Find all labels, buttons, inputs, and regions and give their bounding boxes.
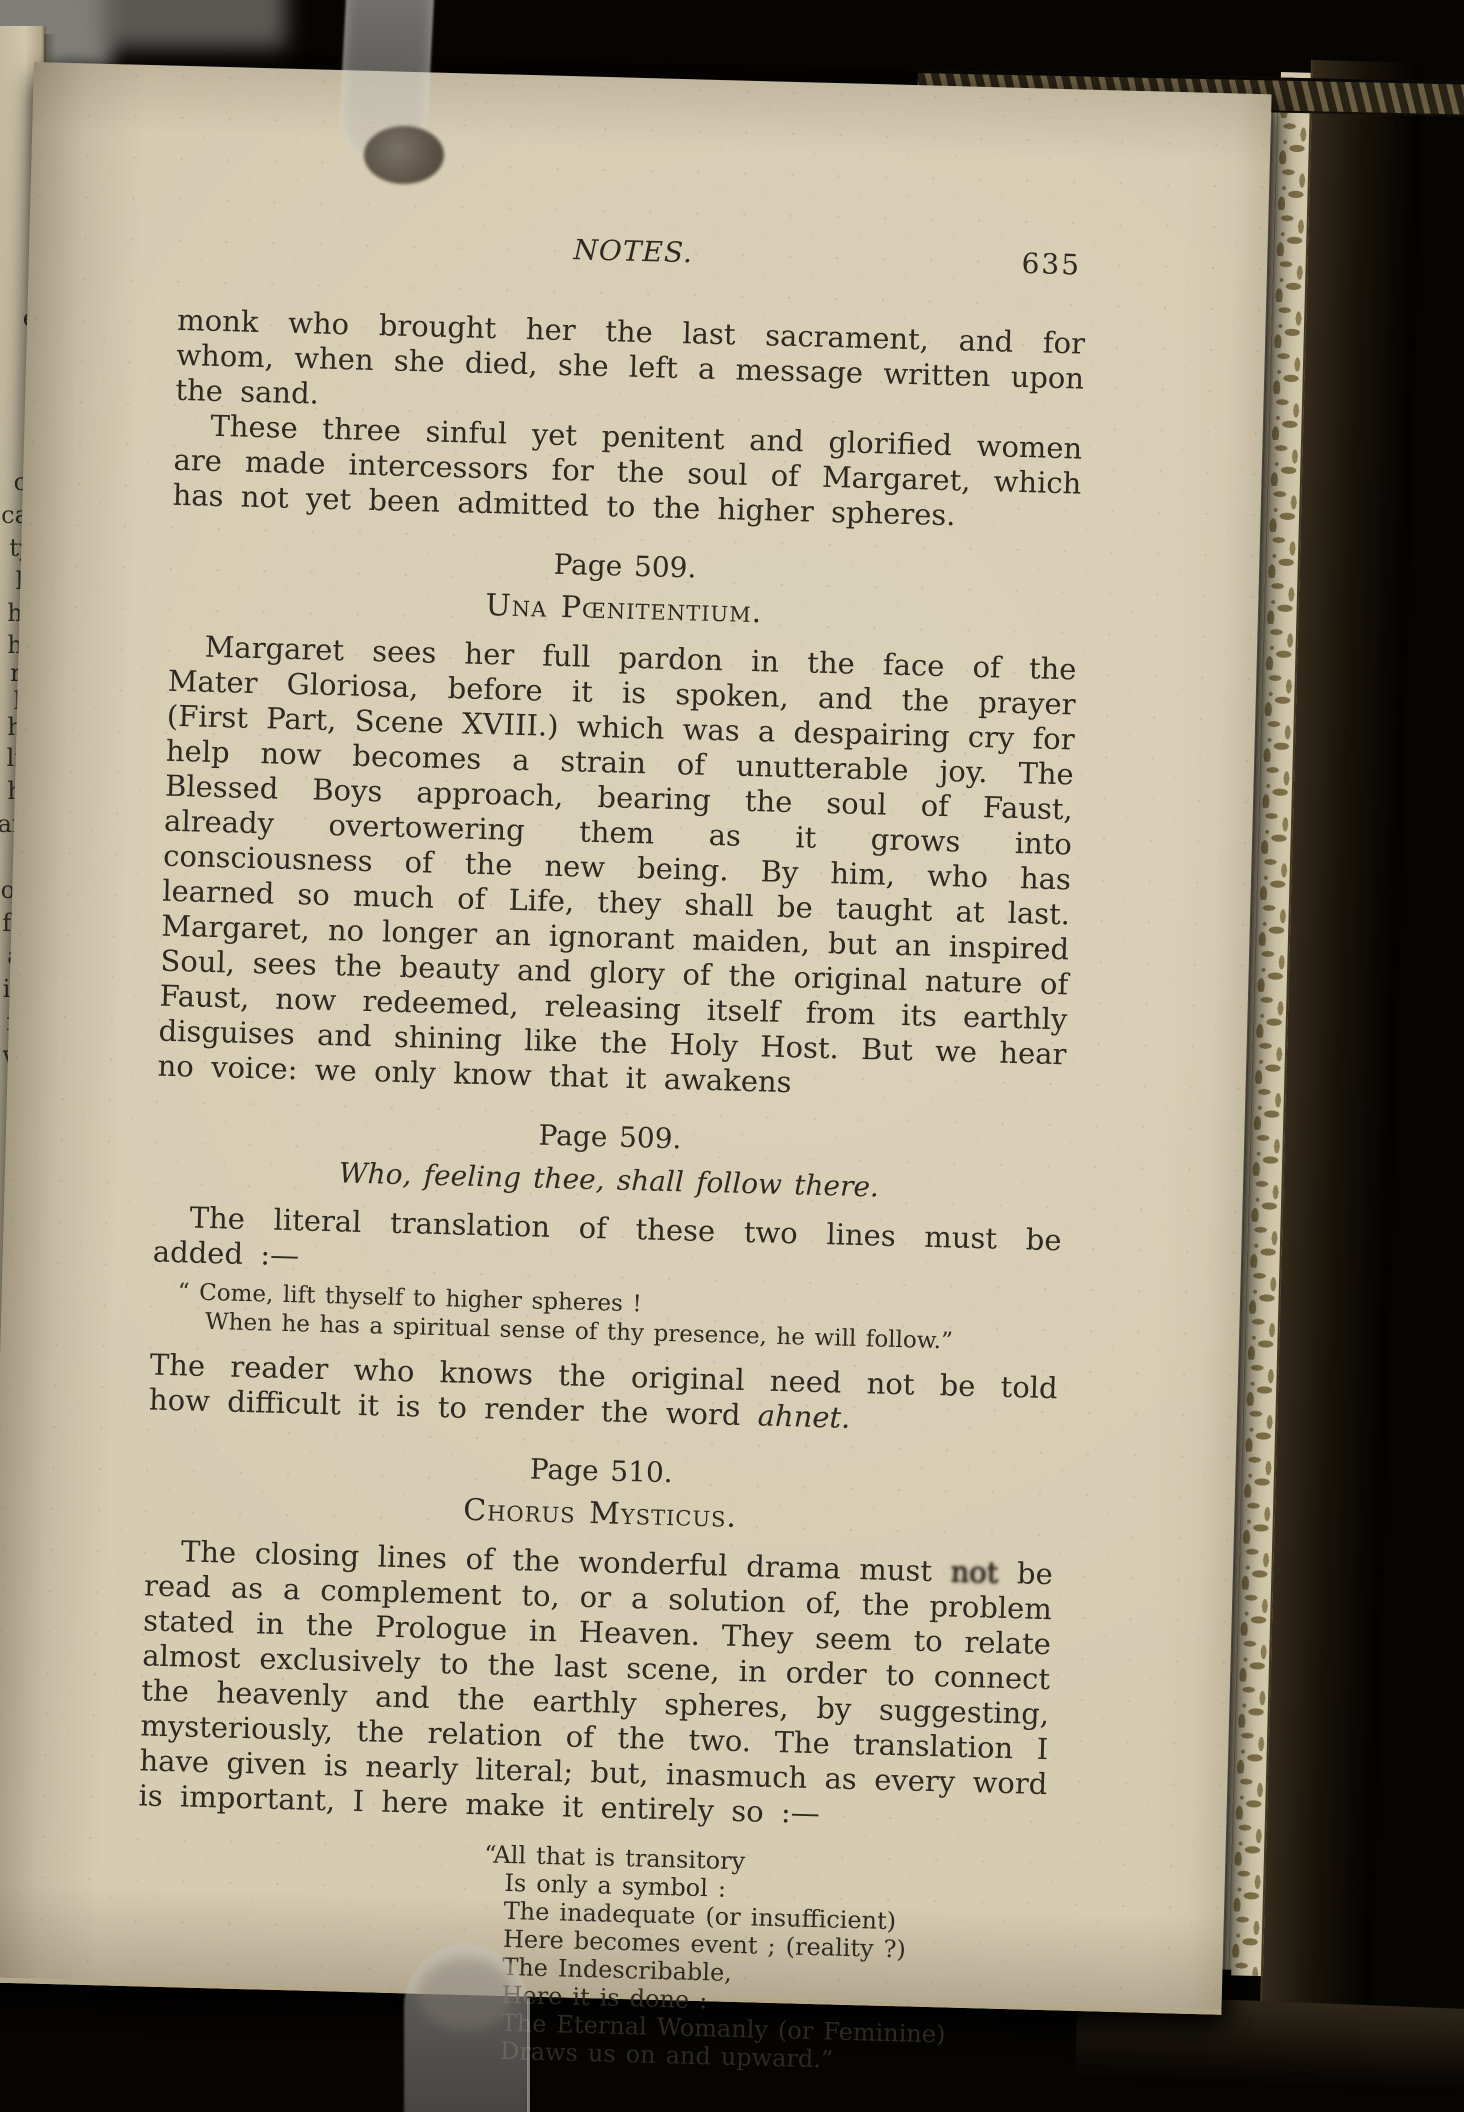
strap-shadow	[418, 1958, 514, 2030]
para: These three sinful yet penitent and glor…	[172, 408, 1082, 537]
para: The literal translation of these two lin…	[152, 1200, 1062, 1294]
verse-small: “ Come, lift thyself to higher spheres !…	[177, 1278, 1060, 1359]
printed-text-column: NOTES. 635 monk who brought her the last…	[132, 222, 1088, 2079]
strap-weight	[364, 126, 444, 184]
para: Margaret sees her full pardon in the fac…	[157, 629, 1077, 1108]
strap-edge-highlight	[527, 1998, 530, 2112]
background-blur-shape	[96, 0, 286, 48]
running-head: NOTES. 635	[179, 222, 1088, 281]
page-title: NOTES.	[573, 233, 693, 269]
book-scan-photo: eofca-ty.lyheherdh;helmheantofostforanie…	[0, 0, 1464, 2112]
para: The closing lines of the wonderful drama…	[138, 1533, 1053, 1837]
page-number: 635	[1021, 246, 1081, 283]
verse: “All that is transitoryIs only a symbol …	[500, 1841, 1046, 2079]
note-text-blocks: monk who brought her the last sacrament,…	[132, 303, 1086, 2079]
para: The reader who knows the original need n…	[149, 1347, 1059, 1441]
book-page: NOTES. 635 monk who brought her the last…	[0, 62, 1272, 2015]
